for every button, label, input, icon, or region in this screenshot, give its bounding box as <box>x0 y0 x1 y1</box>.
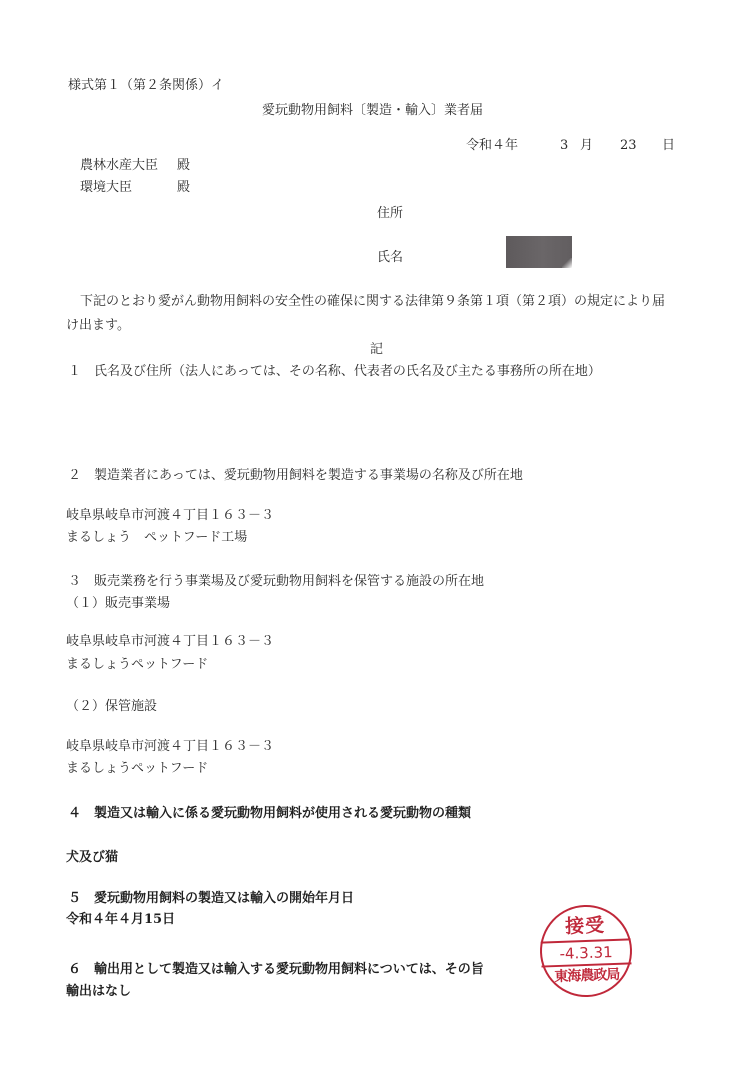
section-3-heading: ３ 販売業務を行う事業場及び愛玩動物用飼料を保管する施設の所在地 <box>68 574 484 590</box>
date-era-year: 令和４年 <box>466 138 518 154</box>
ki-heading: 記 <box>370 342 383 358</box>
stamp-date: -4.3.31 <box>541 938 632 967</box>
section-4-heading: ４ 製造又は輸入に係る愛玩動物用飼料が使用される愛玩動物の種類 <box>68 806 471 822</box>
storage-facility-address: 岐阜県岐阜市河渡４丁目１６３－３ <box>66 739 274 755</box>
addressee-maff-honorific: 殿 <box>177 158 190 174</box>
address-label: 住所 <box>377 206 403 222</box>
factory-name: まるしょう ペットフード工場 <box>66 530 247 546</box>
section-6-heading: ６ 輸出用として製造又は輸入する愛玩動物用飼料については、その旨 <box>68 962 484 978</box>
form-number: 様式第１（第２条関係）イ <box>68 78 224 94</box>
document-title: 愛玩動物用飼料〔製造・輸入〕業者届 <box>262 103 483 119</box>
factory-address: 岐阜県岐阜市河渡４丁目１６３－３ <box>66 508 274 524</box>
section-5-heading: ５ 愛玩動物用飼料の製造又は輸入の開始年月日 <box>68 891 354 907</box>
intro-line-2: け出ます。 <box>66 318 130 334</box>
date-day: 23 <box>620 138 637 154</box>
date-month-unit: 月 <box>580 138 593 154</box>
addressee-moe: 環境大臣 <box>80 180 132 196</box>
stamp-received-text: 接受 <box>541 913 630 938</box>
start-date: 令和４年４月15日 <box>66 912 175 928</box>
intro-line-1: 下記のとおり愛がん動物用飼料の安全性の確保に関する法律第９条第１項（第２項）の規… <box>80 294 665 310</box>
sales-office-label: （１）販売事業場 <box>66 596 170 612</box>
sales-office-address: 岐阜県岐阜市河渡４丁目１６３－３ <box>66 634 274 650</box>
storage-facility-name: まるしょうペットフード <box>66 761 208 777</box>
export-status: 輸出はなし <box>66 984 131 1000</box>
addressee-maff: 農林水産大臣 <box>80 158 158 174</box>
receipt-stamp: 接受 -4.3.31 東海農政局 <box>538 903 633 998</box>
animal-types: 犬及び猫 <box>66 850 118 866</box>
date-month: 3 <box>560 138 568 154</box>
section-2-heading: ２ 製造業者にあっては、愛玩動物用飼料を製造する事業場の名称及び所在地 <box>68 468 523 484</box>
addressee-moe-honorific: 殿 <box>177 180 190 196</box>
storage-facility-label: （２）保管施設 <box>66 699 157 715</box>
redacted-name-box <box>506 236 572 268</box>
name-label: 氏名 <box>377 250 403 266</box>
sales-office-name: まるしょうペットフード <box>66 657 208 673</box>
stamp-office: 東海農政局 <box>543 965 632 986</box>
section-1-heading: １ 氏名及び住所（法人にあっては、その名称、代表者の氏名及び主たる事務所の所在地… <box>68 364 601 380</box>
date-day-unit: 日 <box>662 138 675 154</box>
